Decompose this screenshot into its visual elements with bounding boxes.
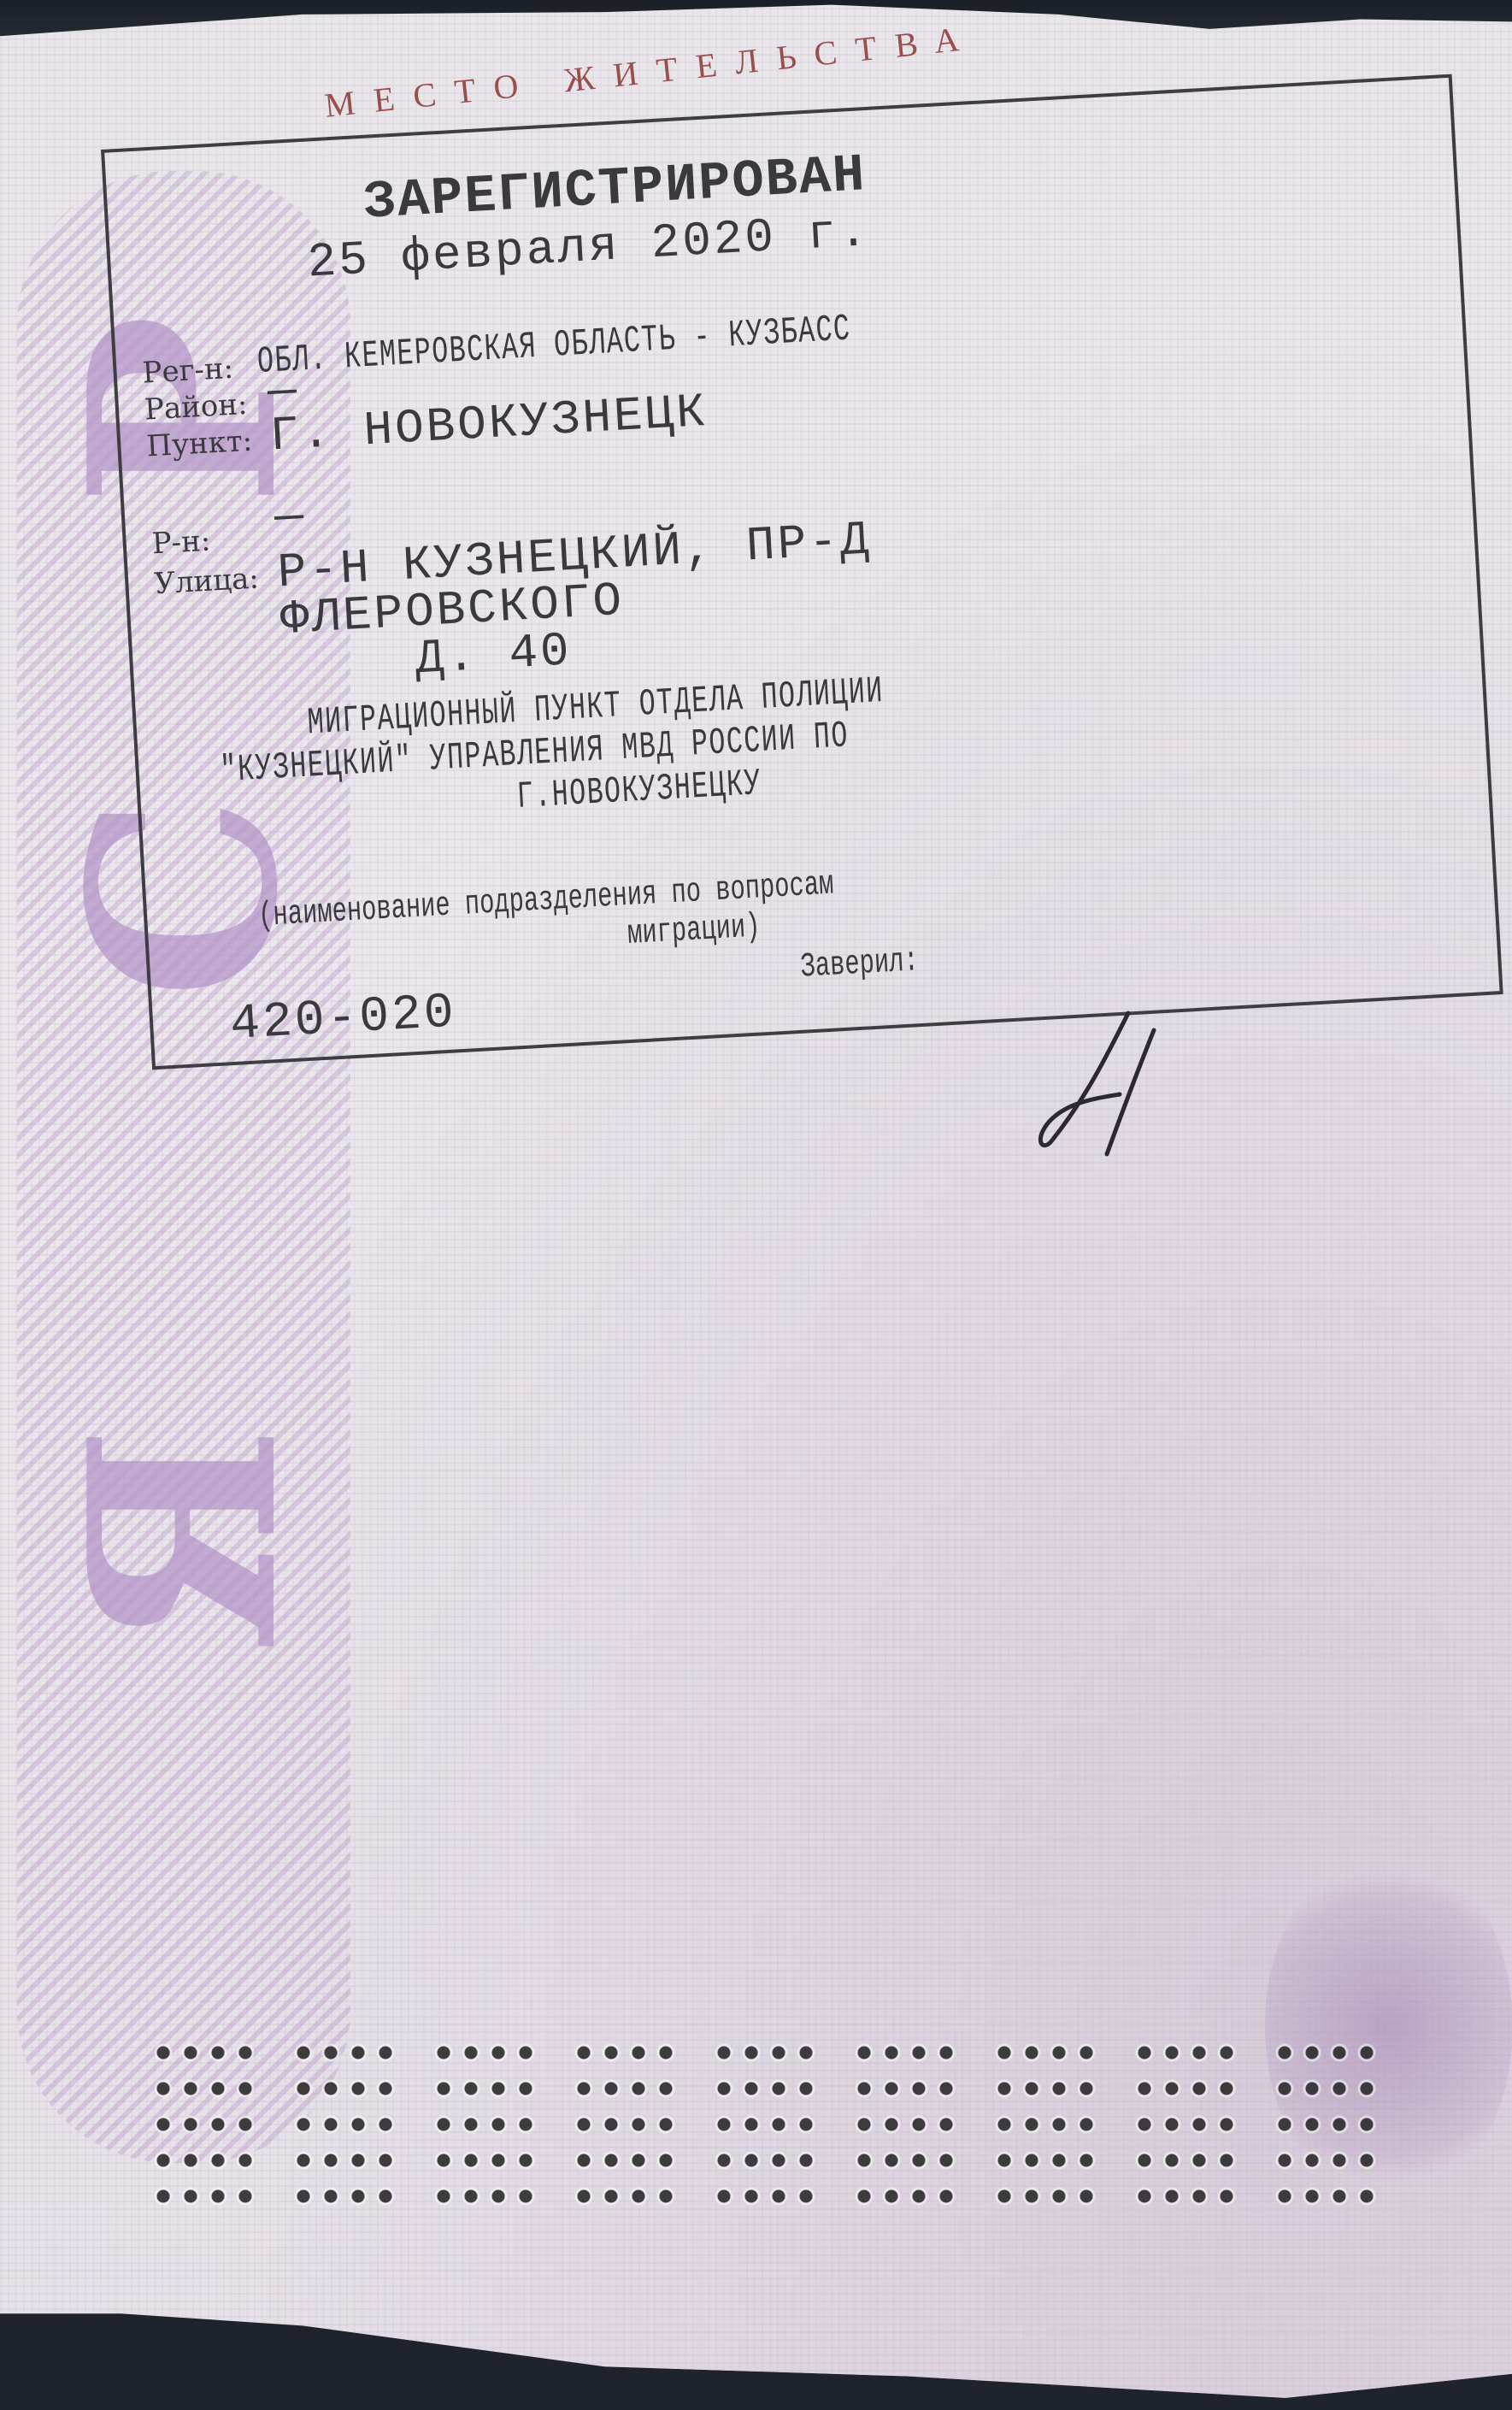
field-value-area: —	[274, 488, 308, 545]
house-number: Д. 40	[414, 623, 573, 686]
perforation-digit-icon	[1271, 2035, 1382, 2218]
field-label-area: Р-н:	[151, 524, 212, 562]
perforation-digit-icon	[991, 2035, 1102, 2218]
passport-page: Р С Я МЕСТО ЖИТЕЛЬСТВА ЗАРЕГИСТРИРОВАН 2…	[0, 0, 1512, 2410]
department-code: 420-020	[229, 985, 458, 1053]
certified-label: Заверил:	[799, 942, 920, 987]
perforation-digit-icon	[150, 2035, 261, 2218]
perforation-digit-icon	[430, 2035, 541, 2218]
signature-icon	[1026, 1005, 1180, 1158]
caption-line-2: миграции)	[627, 908, 762, 954]
field-value-locality: Г. НОВОКУЗНЕЦК	[268, 385, 709, 464]
ornament-letter-icon: Я	[56, 1402, 312, 1676]
field-label-district: Район:	[144, 387, 248, 427]
field-value-region: ОБЛ. КЕМЕРОВСКАЯ ОБЛАСТЬ - КУЗБАСС	[256, 308, 852, 384]
perforation-digit-icon	[1131, 2035, 1242, 2218]
field-label-region: Рег-н:	[142, 351, 234, 391]
perforated-serial-number	[150, 2035, 1512, 2231]
perforation-digit-icon	[710, 2035, 821, 2218]
field-label-locality: Пункт:	[145, 424, 253, 464]
perforation-digit-icon	[850, 2035, 962, 2218]
perforation-digit-icon	[570, 2035, 681, 2218]
perforation-digit-icon	[290, 2035, 401, 2218]
field-label-street: Улица:	[153, 562, 259, 602]
registration-stamp: ЗАРЕГИСТРИРОВАН 25 февраля 2020 г. Рег-н…	[101, 74, 1503, 1070]
